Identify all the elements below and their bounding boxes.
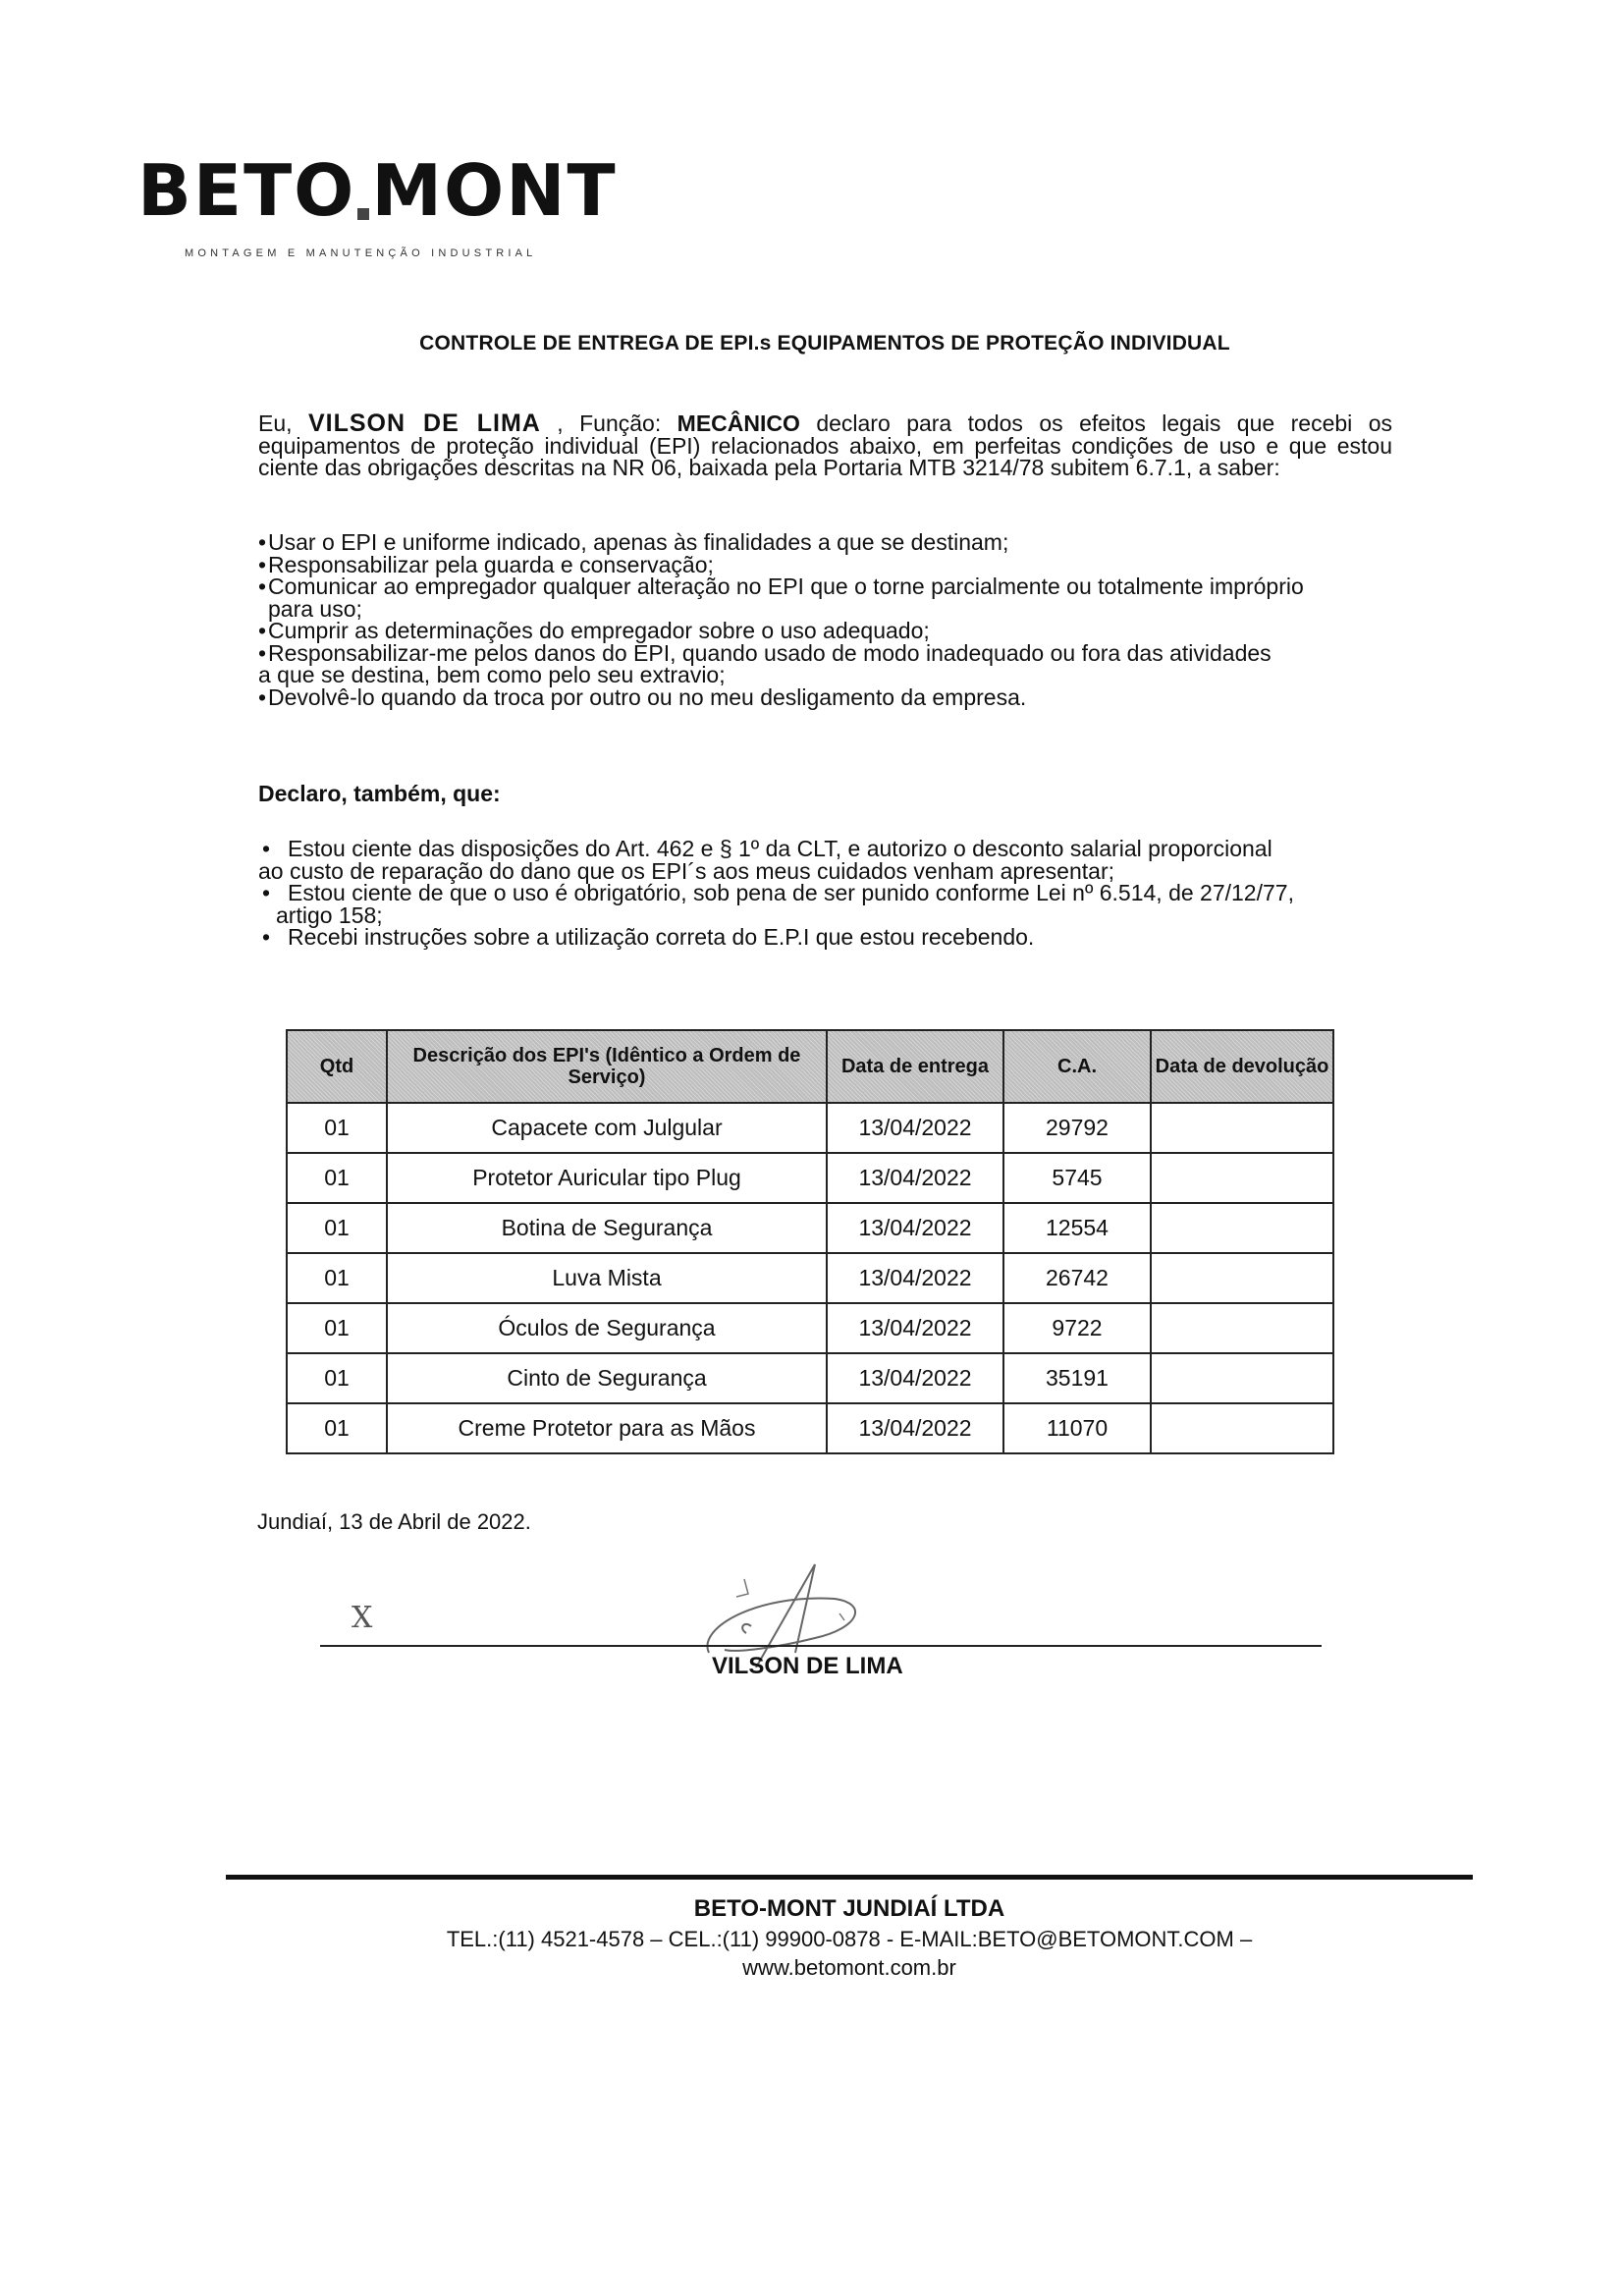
declarations-heading: Declaro, também, que: <box>258 781 501 807</box>
cell-description: Creme Protetor para as Mãos <box>387 1403 827 1453</box>
cell-delivery-date: 13/04/2022 <box>827 1253 1003 1303</box>
header-return-date: Data de devolução <box>1151 1030 1333 1103</box>
table-row: 01Creme Protetor para as Mãos13/04/20221… <box>287 1403 1333 1453</box>
cell-qtd: 01 <box>287 1403 387 1453</box>
place-and-date: Jundiaí, 13 de Abril de 2022. <box>257 1509 531 1535</box>
table-row: 01Cinto de Segurança13/04/202235191 <box>287 1353 1333 1403</box>
cell-delivery-date: 13/04/2022 <box>827 1203 1003 1253</box>
list-item: Usar o EPI e uniforme indicado, apenas à… <box>258 531 1392 554</box>
cell-delivery-date: 13/04/2022 <box>827 1303 1003 1353</box>
list-item-continuation: a que se destina, bem como pelo seu extr… <box>258 664 1392 686</box>
table-row: 01Óculos de Segurança13/04/20229722 <box>287 1303 1333 1353</box>
cell-ca: 35191 <box>1003 1353 1151 1403</box>
footer-company-name: BETO-MONT JUNDIAÍ LTDA <box>226 1895 1473 1923</box>
cell-return-date <box>1151 1353 1333 1403</box>
header-description: Descrição dos EPI's (Idêntico a Ordem de… <box>387 1030 827 1103</box>
cell-delivery-date: 13/04/2022 <box>827 1353 1003 1403</box>
cell-description: Protetor Auricular tipo Plug <box>387 1153 827 1203</box>
cell-ca: 29792 <box>1003 1103 1151 1153</box>
list-item-continuation: artigo 158; <box>276 904 1392 927</box>
x-mark: X <box>352 1601 372 1635</box>
footer-contact-info: TEL.:(11) 4521-4578 – CEL.:(11) 99900-08… <box>226 1927 1473 1952</box>
cell-description: Cinto de Segurança <box>387 1353 827 1403</box>
cell-qtd: 01 <box>287 1353 387 1403</box>
cell-qtd: 01 <box>287 1103 387 1153</box>
logo-dot-icon <box>357 208 369 220</box>
signature-icon <box>697 1559 874 1667</box>
list-item: Recebi instruções sobre a utilização cor… <box>258 926 1392 949</box>
logo-text-right: MONT <box>371 155 617 226</box>
cell-return-date <box>1151 1203 1333 1253</box>
list-item-continuation: ao custo de reparação do dano que os EPI… <box>258 860 1392 883</box>
header-qtd: Qtd <box>287 1030 387 1103</box>
cell-delivery-date: 13/04/2022 <box>827 1103 1003 1153</box>
signature-line <box>320 1645 1322 1647</box>
list-item: Cumprir as determinações do empregador s… <box>258 620 1392 642</box>
table-header-row: Qtd Descrição dos EPI's (Idêntico a Orde… <box>287 1030 1333 1103</box>
cell-qtd: 01 <box>287 1203 387 1253</box>
cell-ca: 12554 <box>1003 1203 1151 1253</box>
table-row: 01Protetor Auricular tipo Plug13/04/2022… <box>287 1153 1333 1203</box>
cell-return-date <box>1151 1103 1333 1153</box>
obligations-list: Usar o EPI e uniforme indicado, apenas à… <box>258 531 1392 708</box>
cell-delivery-date: 13/04/2022 <box>827 1403 1003 1453</box>
cell-return-date <box>1151 1153 1333 1203</box>
table-row: 01Botina de Segurança13/04/202212554 <box>287 1203 1333 1253</box>
list-item-text: Devolvê-lo quando da troca por outro ou … <box>268 684 1026 710</box>
cell-ca: 11070 <box>1003 1403 1151 1453</box>
logo-text-left: BETO <box>137 155 355 226</box>
cell-description: Luva Mista <box>387 1253 827 1303</box>
cell-return-date <box>1151 1253 1333 1303</box>
list-item: Comunicar ao empregador qualquer alteraç… <box>258 575 1392 620</box>
list-item: Responsabilizar-me pelos danos do EPI, q… <box>258 642 1392 686</box>
cell-delivery-date: 13/04/2022 <box>827 1153 1003 1203</box>
list-item: Estou ciente de que o uso é obrigatório,… <box>258 882 1392 926</box>
company-logo: BETO MONT <box>137 155 618 226</box>
cell-qtd: 01 <box>287 1303 387 1353</box>
list-item: Estou ciente das disposições do Art. 462… <box>258 838 1392 882</box>
cell-description: Óculos de Segurança <box>387 1303 827 1353</box>
cell-description: Capacete com Julgular <box>387 1103 827 1153</box>
list-item-text: Comunicar ao empregador qualquer alteraç… <box>268 574 1304 599</box>
footer-website-link[interactable]: www.betomont.com.br <box>226 1955 1473 1981</box>
list-item-text: Recebi instruções sobre a utilização cor… <box>288 924 1034 950</box>
cell-qtd: 01 <box>287 1253 387 1303</box>
signer-name: VILSON DE LIMA <box>712 1653 903 1680</box>
declarations-list: Estou ciente das disposições do Art. 462… <box>258 838 1392 949</box>
table-row: 01Luva Mista13/04/202226742 <box>287 1253 1333 1303</box>
list-item: Responsabilizar pela guarda e conservaçã… <box>258 554 1392 576</box>
intro-paragraph: Eu, VILSON DE LIMA , Função: MECÂNICO de… <box>258 412 1392 479</box>
table-row: 01Capacete com Julgular13/04/202229792 <box>287 1103 1333 1153</box>
cell-return-date <box>1151 1403 1333 1453</box>
cell-ca: 5745 <box>1003 1153 1151 1203</box>
cell-return-date <box>1151 1303 1333 1353</box>
list-item-text: Estou ciente de que o uso é obrigatório,… <box>288 880 1294 905</box>
header-ca: C.A. <box>1003 1030 1151 1103</box>
header-delivery-date: Data de entrega <box>827 1030 1003 1103</box>
cell-ca: 9722 <box>1003 1303 1151 1353</box>
cell-ca: 26742 <box>1003 1253 1151 1303</box>
document-title: CONTROLE DE ENTREGA DE EPI.s EQUIPAMENTO… <box>393 332 1257 355</box>
cell-description: Botina de Segurança <box>387 1203 827 1253</box>
footer-divider <box>226 1875 1473 1880</box>
list-item-continuation: para uso; <box>268 598 1392 621</box>
logo-tagline: MONTAGEM E MANUTENÇÃO INDUSTRIAL <box>185 247 537 259</box>
cell-qtd: 01 <box>287 1153 387 1203</box>
list-item: Devolvê-lo quando da troca por outro ou … <box>258 686 1392 709</box>
epi-delivery-table: Qtd Descrição dos EPI's (Idêntico a Orde… <box>286 1029 1334 1454</box>
